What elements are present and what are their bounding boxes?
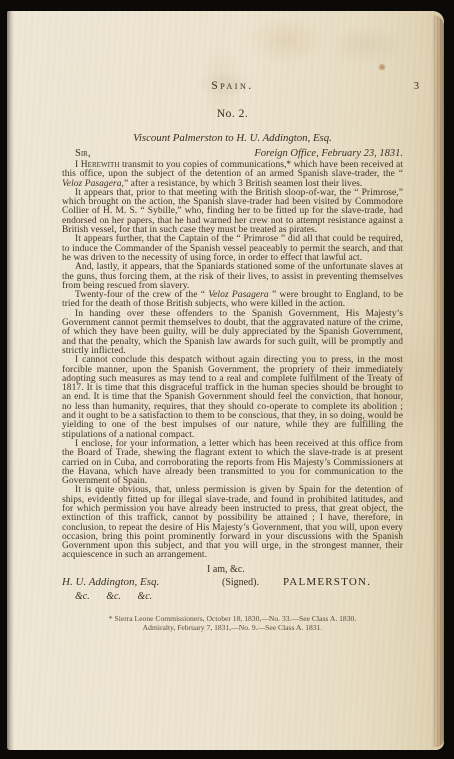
signature-row: H. U. Addington, Esq. (Signed). PALMERST…: [62, 576, 403, 589]
paragraph: It appears that, prior to that meeting w…: [62, 189, 403, 235]
paragraph: In handing over these offenders to the S…: [62, 310, 403, 356]
scanned-book-photo: Spain. 3 No. 2. Viscount Palmerston to H…: [0, 0, 454, 759]
letter-heading: Viscount Palmerston to H. U. Addington, …: [62, 132, 403, 144]
footnotes: * Sierra Leone Commissioners, October 18…: [62, 614, 403, 633]
valediction: I am, &c.: [207, 564, 403, 575]
addressee: H. U. Addington, Esq.: [62, 576, 159, 588]
footnote-line: Admiralty, February 7, 1831,—No. 9.—See …: [62, 623, 403, 633]
addressee-etc: &c. &c. &c.: [75, 591, 403, 602]
footnote-line: * Sierra Leone Commissioners, October 18…: [62, 614, 403, 624]
paragraph: And, lastly, it appears, that the Spania…: [62, 263, 403, 291]
page-header: Spain. 3: [62, 80, 403, 93]
paragraph: I Herewith transmit to you copies of com…: [62, 161, 403, 189]
paragraph: Twenty-four of the crew of the “ Veloz P…: [62, 291, 403, 310]
dateline: Foreign Office, February 23, 1831.: [254, 148, 403, 159]
running-head: Spain.: [211, 80, 253, 92]
salutation: Sir,: [75, 148, 90, 159]
page-number: 3: [414, 81, 419, 92]
paragraph: It is quite obvious, that, unless permis…: [62, 486, 403, 560]
signed-label: (Signed).: [222, 577, 259, 588]
body-paragraphs: I Herewith transmit to you copies of com…: [62, 161, 403, 561]
paragraph: I enclose, for your information, a lette…: [62, 440, 403, 486]
paragraph: It appears further, that the Captain of …: [62, 235, 403, 263]
document-number: No. 2.: [62, 108, 403, 120]
paragraph: I cannot conclude this despatch without …: [62, 356, 403, 440]
page-content: Spain. 3 No. 2. Viscount Palmerston to H…: [7, 11, 444, 750]
signature: PALMERSTON.: [283, 576, 371, 588]
salutation-row: Sir, Foreign Office, February 23, 1831.: [62, 148, 403, 159]
book-page: Spain. 3 No. 2. Viscount Palmerston to H…: [7, 11, 444, 750]
